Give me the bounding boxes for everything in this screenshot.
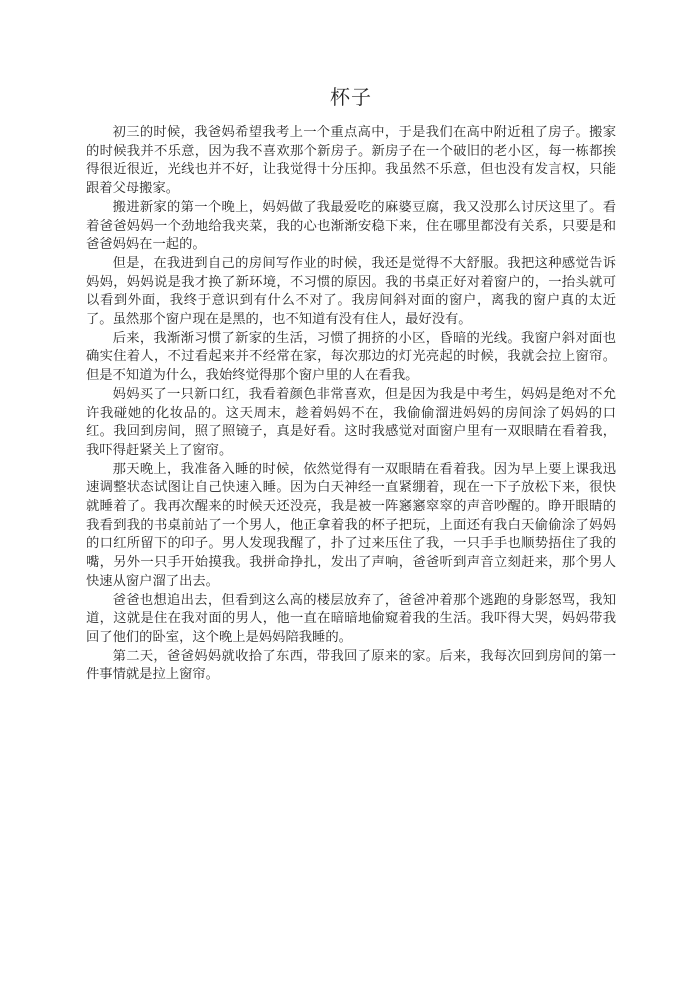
document-body: 初三的时候，我爸妈希望我考上一个重点高中，于是我们在高中附近租了房子。搬家的时候… [86,123,616,684]
paragraph-6: 那天晚上，我准备入睡的时候，依然觉得有一双眼睛在看着我。因为早上要上课我迅速调整… [86,460,616,591]
paragraph-8: 第二天，爸爸妈妈就收拾了东西，带我回了原来的家。后来，我每次回到房间的第一件事情… [86,647,616,684]
document-page: 杯子 初三的时候，我爸妈希望我考上一个重点高中，于是我们在高中附近租了房子。搬家… [0,0,700,990]
paragraph-1: 初三的时候，我爸妈希望我考上一个重点高中，于是我们在高中附近租了房子。搬家的时候… [86,123,616,198]
paragraph-2: 搬进新家的第一个晚上，妈妈做了我最爱吃的麻婆豆腐，我又没那么讨厌这里了。看着爸爸… [86,198,616,254]
paragraph-5: 妈妈买了一只新口红，我看着颜色非常喜欢，但是因为我是中考生，妈妈是绝对不允许我碰… [86,385,616,460]
paragraph-3: 但是，在我进到自己的房间写作业的时候，我还是觉得不大舒服。我把这种感觉告诉妈妈，… [86,254,616,329]
paragraph-7: 爸爸也想追出去，但看到这么高的楼层放弃了，爸爸冲着那个逃跑的身影怒骂，我知道，这… [86,591,616,647]
document-title: 杯子 [86,86,616,110]
paragraph-4: 后来，我渐渐习惯了新家的生活，习惯了拥挤的小区，昏暗的光线。我窗户斜对面也确实住… [86,329,616,385]
